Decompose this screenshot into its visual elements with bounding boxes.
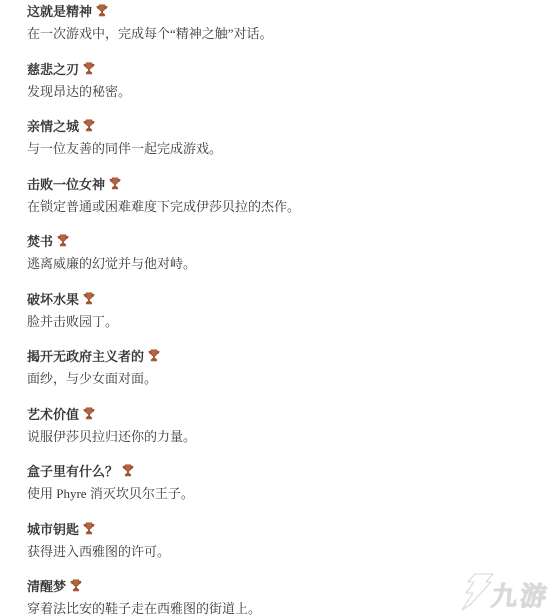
bronze-trophy-icon bbox=[83, 407, 95, 421]
bronze-trophy-icon bbox=[57, 234, 69, 248]
achievement-description: 使用 Phyre 消灭坎贝尔王子。 bbox=[27, 483, 530, 505]
achievement-item: 慈悲之刃 发现昂达的秘密。 bbox=[27, 59, 530, 103]
achievement-title: 这就是精神 bbox=[27, 4, 92, 19]
achievement-title: 击败一位女神 bbox=[27, 177, 105, 192]
achievement-title: 亲情之城 bbox=[27, 119, 79, 134]
achievement-item: 击败一位女神 在锁定普通或困难难度下完成伊莎贝拉的杰作。 bbox=[27, 174, 530, 218]
achievement-description: 发现昂达的秘密。 bbox=[27, 81, 530, 103]
achievement-title-line: 焚书 bbox=[27, 231, 530, 253]
achievement-description: 面纱，与少女面对面。 bbox=[27, 368, 530, 390]
bronze-trophy-icon bbox=[122, 464, 134, 478]
achievement-item: 破坏水果 脸并击败园丁。 bbox=[27, 289, 530, 333]
bronze-trophy-icon bbox=[83, 292, 95, 306]
achievement-title: 焚书 bbox=[27, 234, 53, 249]
bronze-trophy-icon bbox=[70, 579, 82, 593]
achievement-title-line: 盒子里有什么？ bbox=[27, 461, 530, 483]
achievement-item: 盒子里有什么？ 使用 Phyre 消灭坎贝尔王子。 bbox=[27, 461, 530, 505]
achievement-title-line: 揭开无政府主义者的 bbox=[27, 346, 530, 368]
bronze-trophy-icon bbox=[83, 62, 95, 76]
achievement-title-line: 艺术价值 bbox=[27, 404, 530, 426]
achievement-description: 脸并击败园丁。 bbox=[27, 311, 530, 333]
achievement-item: 焚书 逃离威廉的幻觉并与他对峙。 bbox=[27, 231, 530, 275]
achievement-title-line: 慈悲之刃 bbox=[27, 59, 530, 81]
achievement-item: 城市钥匙 获得进入西雅图的许可。 bbox=[27, 519, 530, 563]
achievement-title-line: 破坏水果 bbox=[27, 289, 530, 311]
jiuyou-watermark: 九游 bbox=[448, 571, 548, 613]
bronze-trophy-icon bbox=[109, 177, 121, 191]
achievement-title-line: 击败一位女神 bbox=[27, 174, 530, 196]
achievement-title: 艺术价值 bbox=[27, 407, 79, 422]
bronze-trophy-icon bbox=[96, 4, 108, 18]
achievement-title: 城市钥匙 bbox=[27, 522, 79, 537]
achievement-description: 逃离威廉的幻觉并与他对峙。 bbox=[27, 253, 530, 275]
trophy-guide-article: 这就是精神 在一次游戏中，完成每个“精神之触”对话。 慈悲之刃 bbox=[0, 0, 550, 616]
achievement-title: 盒子里有什么？ bbox=[27, 464, 118, 479]
achievement-description: 在锁定普通或困难难度下完成伊莎贝拉的杰作。 bbox=[27, 196, 530, 218]
achievement-title: 清醒梦 bbox=[27, 579, 66, 594]
achievement-title: 揭开无政府主义者的 bbox=[27, 349, 144, 364]
achievement-description: 与一位友善的同伴一起完成游戏。 bbox=[27, 138, 530, 160]
achievement-title-line: 这就是精神 bbox=[27, 1, 530, 23]
achievement-title-line: 城市钥匙 bbox=[27, 519, 530, 541]
achievement-title: 破坏水果 bbox=[27, 292, 79, 307]
achievement-list: 这就是精神 在一次游戏中，完成每个“精神之触”对话。 慈悲之刃 bbox=[27, 1, 530, 616]
achievement-description: 在一次游戏中，完成每个“精神之触”对话。 bbox=[27, 23, 530, 45]
achievement-item: 揭开无政府主义者的 面纱，与少女面对面。 bbox=[27, 346, 530, 390]
achievement-item: 这就是精神 在一次游戏中，完成每个“精神之触”对话。 bbox=[27, 1, 530, 45]
achievement-description: 获得进入西雅图的许可。 bbox=[27, 541, 530, 563]
achievement-description: 说服伊莎贝拉归还你的力量。 bbox=[27, 426, 530, 448]
achievement-title: 慈悲之刃 bbox=[27, 62, 79, 77]
jiuyou-logo-text: 九游 bbox=[490, 581, 548, 611]
bronze-trophy-icon bbox=[148, 349, 160, 363]
achievement-item: 亲情之城 与一位友善的同伴一起完成游戏。 bbox=[27, 116, 530, 160]
bronze-trophy-icon bbox=[83, 522, 95, 536]
achievement-item: 艺术价值 说服伊莎贝拉归还你的力量。 bbox=[27, 404, 530, 448]
bronze-trophy-icon bbox=[83, 119, 95, 133]
jiuyou-logo-mark bbox=[462, 574, 493, 610]
achievement-title-line: 亲情之城 bbox=[27, 116, 530, 138]
